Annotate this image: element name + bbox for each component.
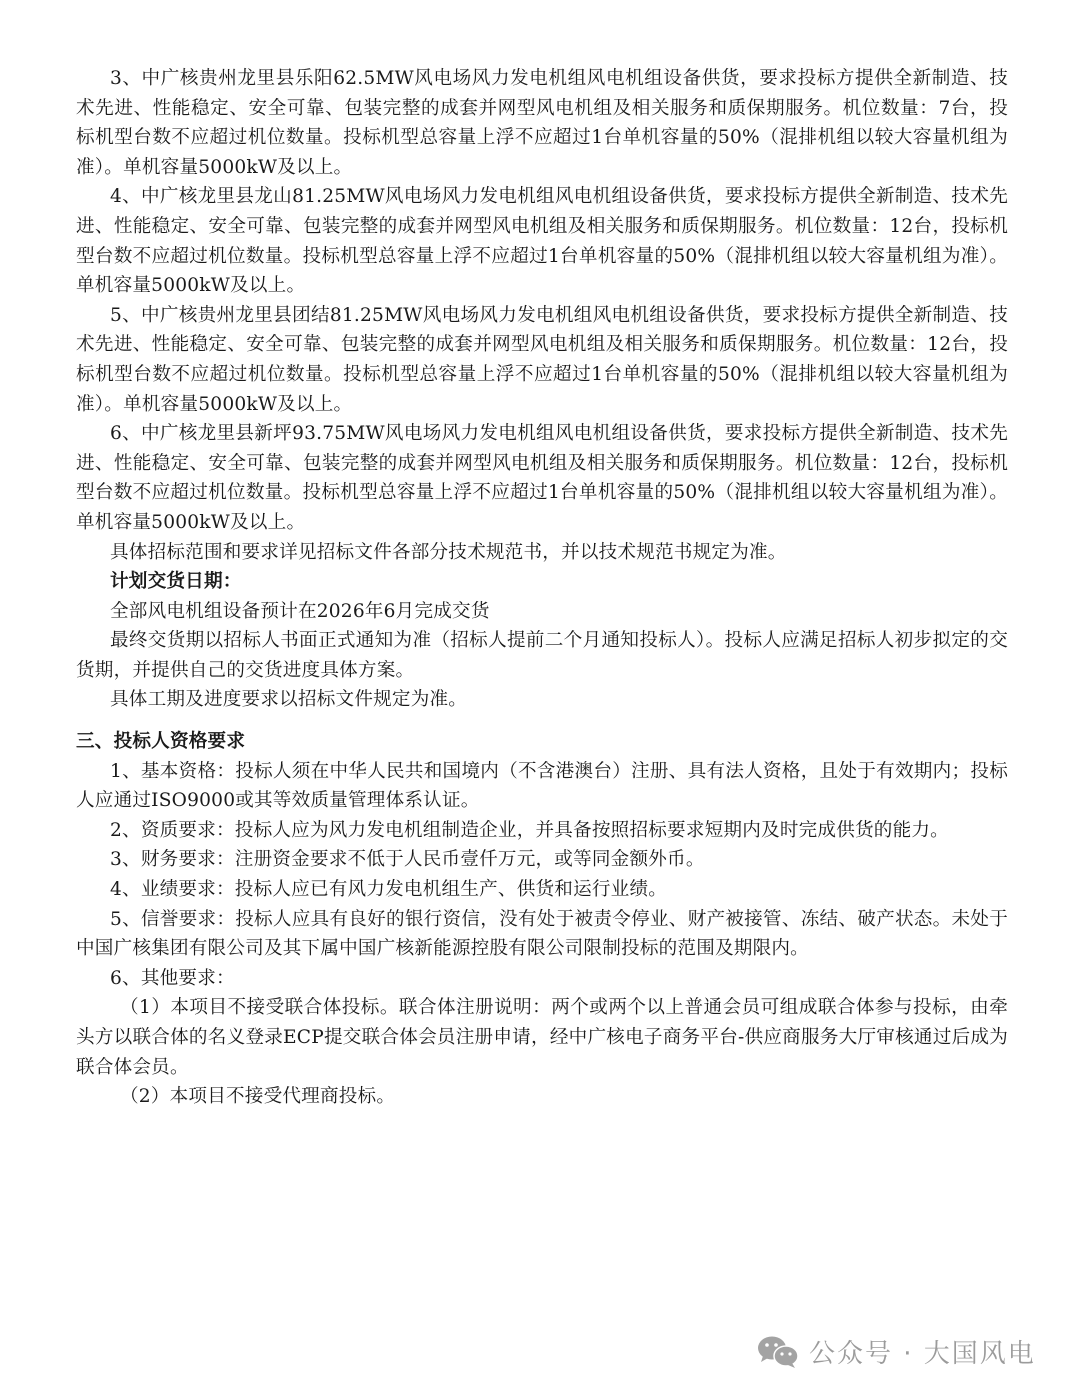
paragraph-item-5: 5、中广核贵州龙里县团结81.25MW风电场风力发电机组风电机组设备供货，要求投… — [76, 301, 1008, 419]
qualification-financial: 3、财务要求：注册资金要求不低于人民币壹仟万元，或等同金额外币。 — [76, 845, 1008, 875]
paragraph-item-3: 3、中广核贵州龙里县乐阳62.5MW风电场风力发电机组风电机组设备供货，要求投标… — [76, 64, 1008, 182]
paragraph-delivery-estimate: 全部风电机组设备预计在2026年6月完成交货 — [76, 597, 1008, 627]
wechat-watermark: 公众号 · 大国风电 — [755, 1333, 1036, 1370]
paragraph-final-delivery: 最终交货期以招标人书面正式通知为准（招标人提前二个月通知投标人）。投标人应满足招… — [76, 626, 1008, 685]
document-body: 3、中广核贵州龙里县乐阳62.5MW风电场风力发电机组风电机组设备供货，要求投标… — [76, 64, 1008, 1112]
qualification-other: 6、其他要求： — [76, 964, 1008, 994]
paragraph-item-6: 6、中广核龙里县新坪93.75MW风电场风力发电机组风电机组设备供货，要求投标方… — [76, 419, 1008, 537]
other-requirement-agent: （2）本项目不接受代理商投标。 — [76, 1082, 1008, 1112]
qualification-certification: 2、资质要求：投标人应为风力发电机组制造企业，并具备按照招标要求短期内及时完成供… — [76, 816, 1008, 846]
qualification-basic: 1、基本资格：投标人须在中华人民共和国境内（不含港澳台）注册、具有法人资格，且处… — [76, 757, 1008, 816]
watermark-text: 公众号 · 大国风电 — [809, 1333, 1036, 1370]
other-requirement-consortium: （1）本项目不接受联合体投标。联合体注册说明：两个或两个以上普通会员可组成联合体… — [76, 993, 1008, 1082]
qualification-credit: 5、信誉要求：投标人应具有良好的银行资信，没有处于被责令停业、财产被接管、冻结、… — [76, 905, 1008, 964]
paragraph-item-4: 4、中广核龙里县龙山81.25MW风电场风力发电机组风电机组设备供货，要求投标方… — [76, 182, 1008, 300]
section-title-qualifications: 三、投标人资格要求 — [76, 727, 1008, 757]
delivery-date-heading: 计划交货日期： — [76, 567, 1008, 597]
paragraph-scope-note: 具体招标范围和要求详见招标文件各部分技术规范书，并以技术规范书规定为准。 — [76, 538, 1008, 568]
wechat-icon — [755, 1334, 801, 1370]
qualification-performance: 4、业绩要求：投标人应已有风力发电机组生产、供货和运行业绩。 — [76, 875, 1008, 905]
paragraph-schedule-note: 具体工期及进度要求以招标文件规定为准。 — [76, 685, 1008, 715]
